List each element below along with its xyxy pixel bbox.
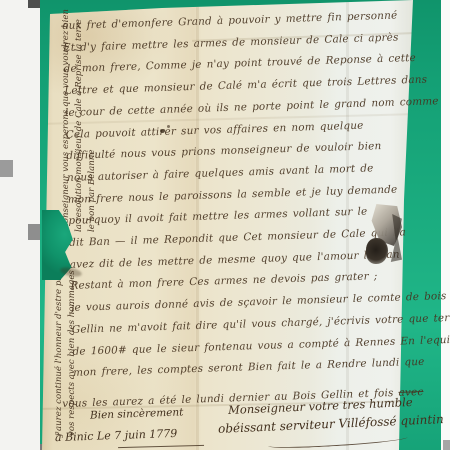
scan-artifact	[443, 440, 450, 450]
margin-note-upper: Monseigneur vous esperons que vous voudr…	[60, 18, 104, 232]
handwriting-line: Monseigneur vous esperons que vous voudr…	[60, 18, 73, 232]
photo-of-letter: aux fret d'emonfere Grand à pouvoir y me…	[0, 0, 450, 450]
letter-body: aux fret d'emonfere Grand à pouvoir y me…	[62, 5, 423, 385]
scan-artifact	[0, 160, 13, 177]
scan-artifact	[28, 224, 40, 240]
scan-margin-right	[441, 0, 450, 450]
handwriting-line: le bon par Belanne	[86, 18, 99, 232]
ink-blot	[160, 129, 165, 133]
handwriting-line: la resolution monsieur de Cale a Reprise…	[73, 18, 86, 232]
ink-blot	[167, 125, 170, 128]
scan-artifact	[28, 0, 40, 8]
